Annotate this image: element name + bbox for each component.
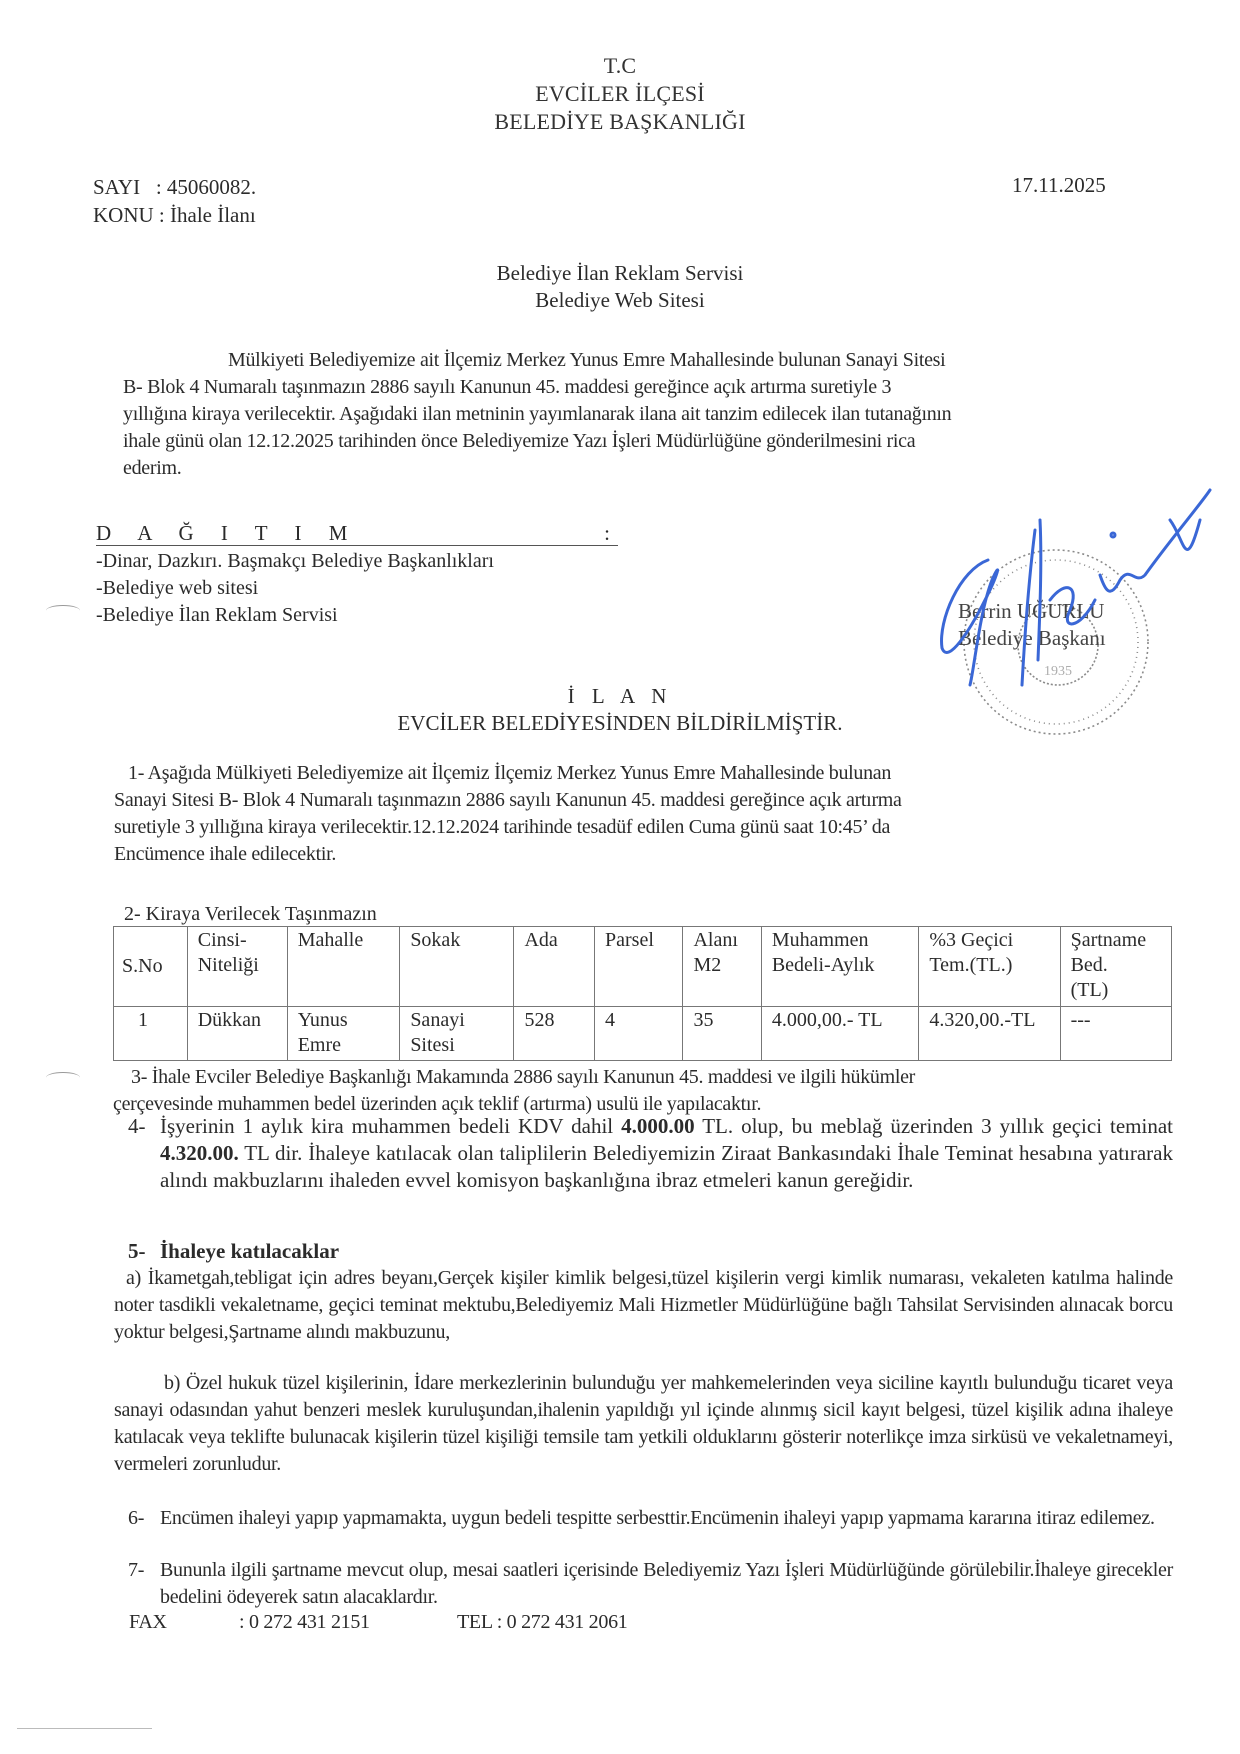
notice-item-5-title: 5- İhaleye katılacaklar [128, 1238, 1173, 1265]
item4-text-2: TL. olup, bu meblağ üzerinden 3 yıllık g… [695, 1114, 1173, 1138]
item5a-text: a) İkametgah,tebligat için adres beyanı,… [114, 1265, 1173, 1346]
intro-line: ederim. [123, 455, 1173, 482]
intro-line: B- Blok 4 Numaralı taşınmazın 2886 sayıl… [123, 374, 1173, 401]
notice-item-4: 4- İşyerinin 1 aylık kira muhammen bedel… [128, 1113, 1173, 1194]
item1-line: Encümence ihale edilecektir. [114, 841, 1172, 868]
item1-line: Sanayi Sitesi B- Blok 4 Numaralı taşınma… [114, 787, 1172, 814]
item4-amount-guarantee: 4.320.00. [160, 1141, 239, 1165]
item7-text: Bununla ilgili şartname mevcut olup, mes… [160, 1559, 1173, 1608]
distribution-list: -Dinar, Dazkırı. Başmakçı Belediye Başka… [96, 548, 494, 629]
letterhead-line-3: BELEDİYE BAŞKANLIĞI [0, 108, 1240, 136]
contact-line: FAX: 0 272 431 2151TEL : 0 272 431 2061 [129, 1609, 929, 1636]
notice-item-7: 7- Bununla ilgili şartname mevcut olup, … [128, 1557, 1173, 1611]
table-header-cell: S.No [114, 927, 188, 1007]
notice-title-block: İ L A N EVCİLER BELEDİYESİNDEN BİLDİRİLM… [0, 683, 1240, 737]
table-cell: 4.000,00.- TL [761, 1007, 919, 1061]
item4-text-1: İşyerinin 1 aylık kira muhammen bedeli K… [160, 1114, 621, 1138]
notice-item-5a: a) İkametgah,tebligat için adres beyanı,… [114, 1265, 1173, 1346]
table-cell: SanayiSitesi [400, 1007, 514, 1061]
notice-item-6: 6- Encümen ihaleyi yapıp yapmamakta, uyg… [128, 1505, 1173, 1532]
reference-number: SAYI : 45060082. [93, 174, 256, 201]
sayi-label: SAYI [93, 175, 140, 199]
table-header-row: S.NoCinsi-NiteliğiMahalleSokakAdaParselA… [114, 927, 1172, 1007]
table-cell: 4.320,00.-TL [919, 1007, 1060, 1061]
item5-number: 5- [128, 1238, 146, 1265]
notice-item-3: 3- İhale Evciler Belediye Başkanlığı Mak… [113, 1064, 1173, 1118]
subject-line: KONU : İhale İlanı [93, 202, 256, 229]
table-row: 1DükkanYunusEmreSanayiSitesi5284354.000,… [114, 1007, 1172, 1061]
table-cell: Dükkan [187, 1007, 287, 1061]
item4-text-3: TL dir. İhaleye katılacak olan taliplile… [160, 1141, 1173, 1192]
letterhead: T.C EVCİLER İLÇESİ BELEDİYE BAŞKANLIĞI [0, 52, 1240, 136]
tel-label: TEL [457, 1611, 492, 1633]
intro-line: ihale günü olan 12.12.2025 tarihinden ön… [123, 428, 1173, 455]
item6-number: 6- [128, 1505, 144, 1532]
item4-amount-rent: 4.000.00 [621, 1114, 695, 1138]
item3-line: 3- İhale Evciler Belediye Başkanlığı Mak… [113, 1064, 1173, 1091]
distribution-colon: : [604, 521, 610, 545]
punch-hole-mark [46, 605, 80, 616]
item1-line: 1- Aşağıda Mülkiyeti Belediyemize ait İl… [114, 760, 1172, 787]
notice-title: İ L A N [0, 683, 1240, 710]
item7-number: 7- [128, 1557, 144, 1584]
document-date: 17.11.2025 [1012, 172, 1106, 199]
item4-number: 4- [128, 1113, 146, 1140]
item5b-text: b) Özel hukuk tüzel kişilerinin, İdare m… [114, 1370, 1173, 1478]
fax-label: FAX [129, 1609, 239, 1636]
table-header-cell: Cinsi-Niteliği [187, 927, 287, 1007]
table-header-cell: %3 GeçiciTem.(TL.) [919, 927, 1060, 1007]
table-header-cell: Sokak [400, 927, 514, 1007]
item5-title: İhaleye katılacaklar [160, 1239, 339, 1263]
distribution-item: -Belediye İlan Reklam Servisi [96, 602, 494, 629]
letterhead-line-2: EVCİLER İLÇESİ [0, 80, 1240, 108]
tel-number: : 0 272 431 2061 [497, 1611, 628, 1633]
intro-line: Mülkiyeti Belediyemize ait İlçemiz Merke… [123, 347, 1173, 374]
recipient-2: Belediye Web Sitesi [0, 287, 1240, 314]
table-cell: --- [1060, 1007, 1171, 1061]
table-cell: 1 [114, 1007, 188, 1061]
distribution-label: D A Ğ I T I M [96, 521, 358, 545]
table-caption: 2- Kiraya Verilecek Taşınmazın [124, 902, 377, 926]
scan-edge-line [17, 1728, 152, 1729]
table-cell: 528 [514, 1007, 595, 1061]
sayi-value: : 45060082. [156, 175, 256, 199]
intro-line: yıllığına kiraya verilecektir. Aşağıdaki… [123, 401, 1173, 428]
table-cell: 35 [683, 1007, 761, 1061]
property-table: S.NoCinsi-NiteliğiMahalleSokakAdaParselA… [113, 926, 1172, 1061]
table-header-cell: AlanıM2 [683, 927, 761, 1007]
recipients-block: Belediye İlan Reklam Servisi Belediye We… [0, 260, 1240, 314]
fax-number: : 0 272 431 2151 [239, 1609, 457, 1636]
distribution-item: -Belediye web sitesi [96, 575, 494, 602]
intro-paragraph: Mülkiyeti Belediyemize ait İlçemiz Merke… [123, 347, 1173, 482]
table-header-cell: Parsel [595, 927, 683, 1007]
notice-item-1: 1- Aşağıda Mülkiyeti Belediyemize ait İl… [114, 760, 1172, 868]
table-header-cell: MuhammenBedeli-Aylık [761, 927, 919, 1007]
distribution-item: -Dinar, Dazkırı. Başmakçı Belediye Başka… [96, 548, 494, 575]
letterhead-line-1: T.C [0, 52, 1240, 80]
recipient-1: Belediye İlan Reklam Servisi [0, 260, 1240, 287]
table-header-cell: ŞartnameBed.(TL) [1060, 927, 1171, 1007]
table-cell: YunusEmre [287, 1007, 400, 1061]
notice-subtitle: EVCİLER BELEDİYESİNDEN BİLDİRİLMİŞTİR. [0, 710, 1240, 737]
table-header-cell: Mahalle [287, 927, 400, 1007]
item1-line: suretiyle 3 yıllığına kiraya verilecekti… [114, 814, 1172, 841]
konu-value: : İhale İlanı [159, 203, 256, 227]
punch-hole-mark [46, 1072, 80, 1083]
table-cell: 4 [595, 1007, 683, 1061]
notice-item-5b: b) Özel hukuk tüzel kişilerinin, İdare m… [114, 1370, 1173, 1478]
konu-label: KONU [93, 203, 154, 227]
distribution-title: D A Ğ I T I M : [96, 521, 618, 546]
item6-text: Encümen ihaleyi yapıp yapmamakta, uygun … [160, 1507, 1155, 1529]
table-header-cell: Ada [514, 927, 595, 1007]
